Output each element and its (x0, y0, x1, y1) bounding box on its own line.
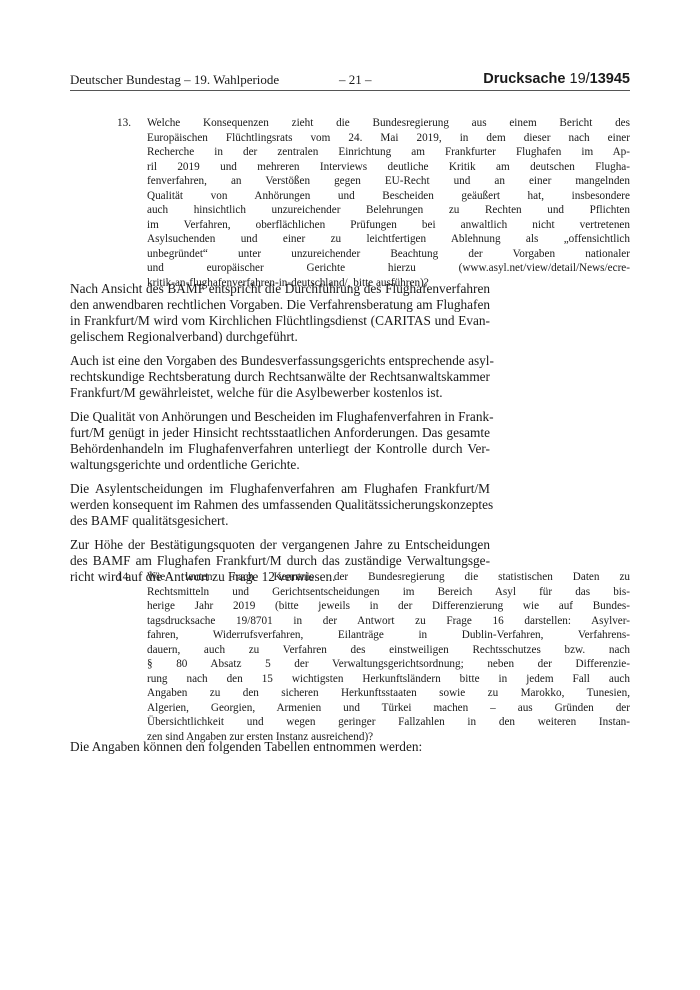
answer-paragraph: Die Qualität von Anhörungen und Bescheid… (70, 409, 490, 473)
text-line: Rechtsmitteln und Gerichtsentscheidungen… (147, 585, 630, 600)
question-text: Welche Konsequenzen zieht die Bundesregi… (147, 116, 630, 290)
text-line: furt/M genügt in jeder Hinsicht rechtsst… (70, 425, 490, 441)
document-id-series: 19/ (565, 71, 589, 87)
text-line: dauern, auch zu Verfahren des einstweili… (147, 643, 630, 658)
document-id-number: 13945 (590, 71, 630, 87)
answer-13: Nach Ansicht des BAMF entspricht die Dur… (70, 281, 490, 593)
text-line: § 80 Absatz 5 der Verwaltungsgerichtsord… (147, 657, 630, 672)
text-line: waltungsgerichte und ordentliche Gericht… (70, 457, 490, 473)
question-number: 13. (117, 116, 131, 131)
question-text: Wie lauten nach Kenntnis der Bundesregie… (147, 570, 630, 744)
document-id: Drucksache 19/13945 (483, 71, 630, 88)
text-line: rung nach den 15 wichtigsten Herkunftslä… (147, 672, 630, 687)
question-number: 14. (117, 570, 131, 585)
page-header: Deutscher Bundestag – 19. Wahlperiode – … (70, 72, 630, 91)
text-line: Welche Konsequenzen zieht die Bundesregi… (147, 116, 630, 131)
text-line: werden konsequent im Rahmen des umfassen… (70, 497, 490, 513)
question-14: 14. Wie lauten nach Kenntnis der Bundesr… (117, 570, 630, 744)
text-line: ril 2019 und mehreren Interviews deutlic… (147, 160, 630, 175)
text-line: Behördenhandeln im Flughafenverfahren un… (70, 441, 490, 457)
question-13: 13. Welche Konsequenzen zieht die Bundes… (117, 116, 630, 290)
text-line: Recherche in der zentralen Einrichtung a… (147, 145, 630, 160)
answer-paragraph: Die Asylentscheidungen im Flughafenverfa… (70, 481, 490, 529)
text-line: den anwendbaren rechtlichen Vorgaben. Di… (70, 297, 490, 313)
text-line: Angaben zu den sicheren Herkunftsstaaten… (147, 686, 630, 701)
answer-paragraph: Auch ist eine den Vorgaben des Bundesver… (70, 353, 490, 401)
text-line: rechtskundige Rechtsberatung durch Recht… (70, 369, 490, 385)
text-line: unbegründet“ unter unzureichender Beacht… (147, 247, 630, 262)
answer-14: Die Angaben können den folgenden Tabelle… (70, 739, 490, 763)
text-line: Wie lauten nach Kenntnis der Bundesregie… (147, 570, 630, 585)
text-line: fahren, Widerrufsverfahren, Eilanträge i… (147, 628, 630, 643)
text-line: Die Angaben können den folgenden Tabelle… (70, 739, 490, 755)
text-line: Übersichtlichkeit und wegen geringer Fal… (147, 715, 630, 730)
text-line: Die Qualität von Anhörungen und Bescheid… (70, 409, 490, 425)
document-id-label: Drucksache (483, 71, 565, 87)
text-line: im Verfahren, oberflächlichen Prüfungen … (147, 218, 630, 233)
text-line: fenverfahren, an Verstößen gegen EU-Rech… (147, 174, 630, 189)
text-line: Nach Ansicht des BAMF entspricht die Dur… (70, 281, 490, 297)
text-line: in Frankfurt/M wird vom Kirchlichen Flüc… (70, 313, 490, 329)
text-line: und europäischer Gerichte hierzu (www.as… (147, 261, 630, 276)
page-number: – 21 – (339, 72, 372, 88)
text-line: auch hinsichtlich unzureichender Belehru… (147, 203, 630, 218)
text-line: Die Asylentscheidungen im Flughafenverfa… (70, 481, 490, 497)
text-line: des BAMF qualitätsgesichert. (70, 513, 490, 529)
text-line: des BAMF am Flughafen Frankfurt/M durch … (70, 553, 490, 569)
document-page: Deutscher Bundestag – 19. Wahlperiode – … (0, 0, 700, 990)
text-line: Algerien, Georgien, Armenien und Türkei … (147, 701, 630, 716)
text-line: Asylsuchenden und einer zu leichtfertige… (147, 232, 630, 247)
text-line: Qualität von Anhörungen und Bescheiden g… (147, 189, 630, 204)
header-publisher: Deutscher Bundestag – 19. Wahlperiode (70, 72, 279, 88)
text-line: tagsdrucksache 19/8701 in der Antwort zu… (147, 614, 630, 629)
answer-paragraph: Die Angaben können den folgenden Tabelle… (70, 739, 490, 755)
answer-paragraph: Nach Ansicht des BAMF entspricht die Dur… (70, 281, 490, 345)
text-line: Frankfurt/M gewährleistet, welche für di… (70, 385, 490, 401)
text-line: gelischem Regionalverband) durchgeführt. (70, 329, 490, 345)
text-line: herige Jahr 2019 (bitte jeweils in der D… (147, 599, 630, 614)
text-line: Zur Höhe der Bestätigungsquoten der verg… (70, 537, 490, 553)
text-line: Europäischen Flüchtlingsrats vom 24. Mai… (147, 131, 630, 146)
text-line: Auch ist eine den Vorgaben des Bundesver… (70, 353, 490, 369)
